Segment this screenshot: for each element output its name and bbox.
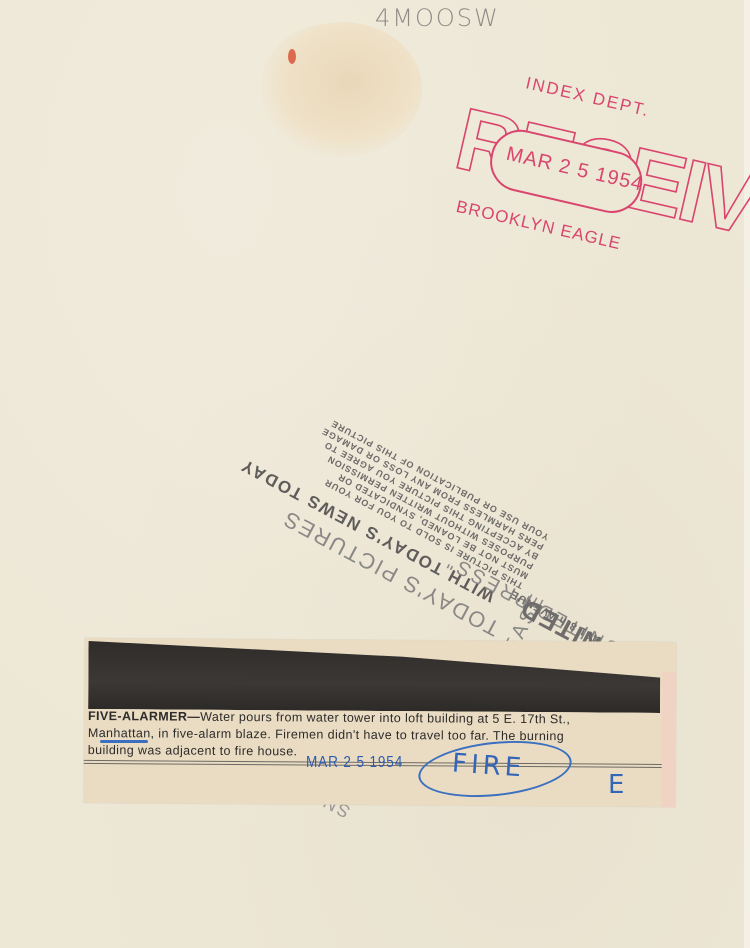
ink-underline	[100, 740, 148, 743]
fire-label: FIRE	[451, 748, 526, 783]
newspaper-clipping: FIVE-ALARMER—Water pours from water towe…	[83, 638, 676, 807]
caption-line-3: building was adjacent to fire house.	[88, 743, 298, 758]
clipping-photo	[88, 641, 660, 713]
pencil-note: 4MOOSW	[375, 4, 500, 32]
blue-date-stamp: MAR 2 5 1954	[306, 754, 403, 772]
clipping-edge	[661, 672, 676, 807]
paper-edge	[744, 0, 750, 948]
caption-line-1: Water pours from water tower into loft b…	[200, 710, 570, 727]
red-mark	[288, 49, 296, 64]
caption-line-2: Manhattan, in five-alarm blaze. Firemen …	[88, 726, 564, 743]
clipping-headline: FIVE-ALARMER—	[88, 709, 200, 724]
e-mark: E	[608, 770, 624, 800]
